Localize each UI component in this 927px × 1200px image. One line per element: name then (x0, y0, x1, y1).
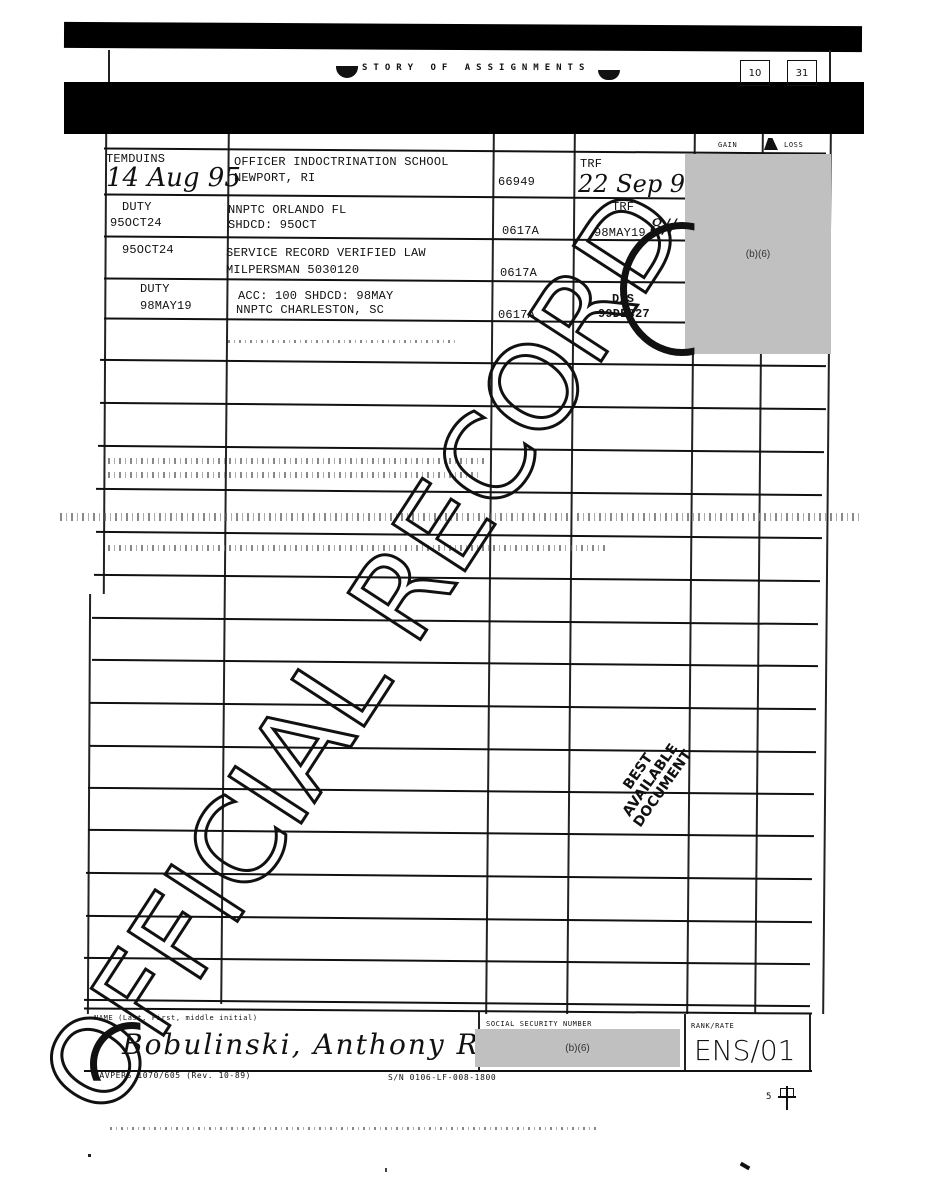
scan-speck (385, 1168, 387, 1172)
page-box-1: 10 (740, 60, 770, 86)
scan-speck (88, 1154, 91, 1157)
ssn-label: SOCIAL SECURITY NUMBER (486, 1020, 592, 1028)
right-tab-mark (598, 70, 620, 80)
entry-1-uic: 66949 (498, 175, 535, 189)
row-line (90, 702, 816, 710)
left-tab-mark (336, 66, 358, 78)
stock-number: S/N 0106-LF-008-1800 (388, 1073, 496, 1082)
entry-2-uic: 0617A (502, 224, 539, 238)
scan-noise (110, 1127, 600, 1130)
entry-3-description-line2: MILPERSMAN 5030120 (226, 263, 359, 277)
gain-loss-mark (764, 138, 778, 150)
entry-2-description-line1: NNPTC ORLANDO FL (228, 203, 346, 217)
entry-4-date: 98MAY19 (140, 299, 192, 313)
scan-noise (228, 340, 458, 343)
footer-divider-2 (684, 1014, 686, 1070)
entry-1-description-line2: NEWPORT, RI (234, 171, 315, 185)
name-label: NAME (Last, First, middle initial) (94, 1014, 258, 1022)
form-number: NAVPERS 1070/605 (Rev. 10-89) (94, 1071, 251, 1080)
entry-4-description-line2: NNPTC CHARLESTON, SC (236, 303, 384, 317)
form-title: STORY OF ASSIGNMENTS (362, 63, 590, 73)
scan-speck (740, 1162, 751, 1170)
entry-2-code: DUTY (122, 200, 152, 214)
footer-right-border (809, 1014, 811, 1070)
entry-2-description-line2: SHDCD: 95OCT (228, 218, 317, 232)
rank-label: RANK/RATE (691, 1022, 734, 1030)
entry-3-description-line1: SERVICE RECORD VERIFIED LAW (226, 246, 426, 260)
entry-2-date: 95OCT24 (110, 216, 162, 230)
entry-1-description-line1: OFFICER INDOCTRINATION SCHOOL (234, 155, 449, 169)
col-line-left (103, 134, 107, 594)
row-line (90, 745, 816, 753)
title-left-border (108, 50, 110, 82)
title-right-border (829, 50, 831, 82)
row-line (92, 659, 818, 667)
gain-loss-redaction: (b)(6) (685, 154, 831, 354)
header-redaction-bar (64, 82, 864, 134)
page-marker: 5 (766, 1092, 772, 1102)
row-line (100, 359, 826, 367)
rank-value: ENS/01 (694, 1034, 795, 1067)
entry-4-description-line1: ACC: 100 SHDCD: 98MAY (238, 289, 393, 303)
entry-4-code: DUTY (140, 282, 170, 296)
best-available-stamp: BEST AVAILABLE DOCUMENT (601, 723, 701, 839)
entry-1-handwritten-date: 14 Aug 95 (106, 163, 241, 193)
entry-3-date: 95OCT24 (122, 243, 174, 257)
page-box-2: 31 (787, 60, 817, 86)
ssn-redaction: (b)(6) (475, 1029, 680, 1067)
top-redaction-bar (64, 22, 862, 52)
page-marker-glyph (778, 1086, 796, 1110)
loss-header: LOSS (784, 141, 803, 149)
gain-header: GAIN (718, 141, 737, 149)
